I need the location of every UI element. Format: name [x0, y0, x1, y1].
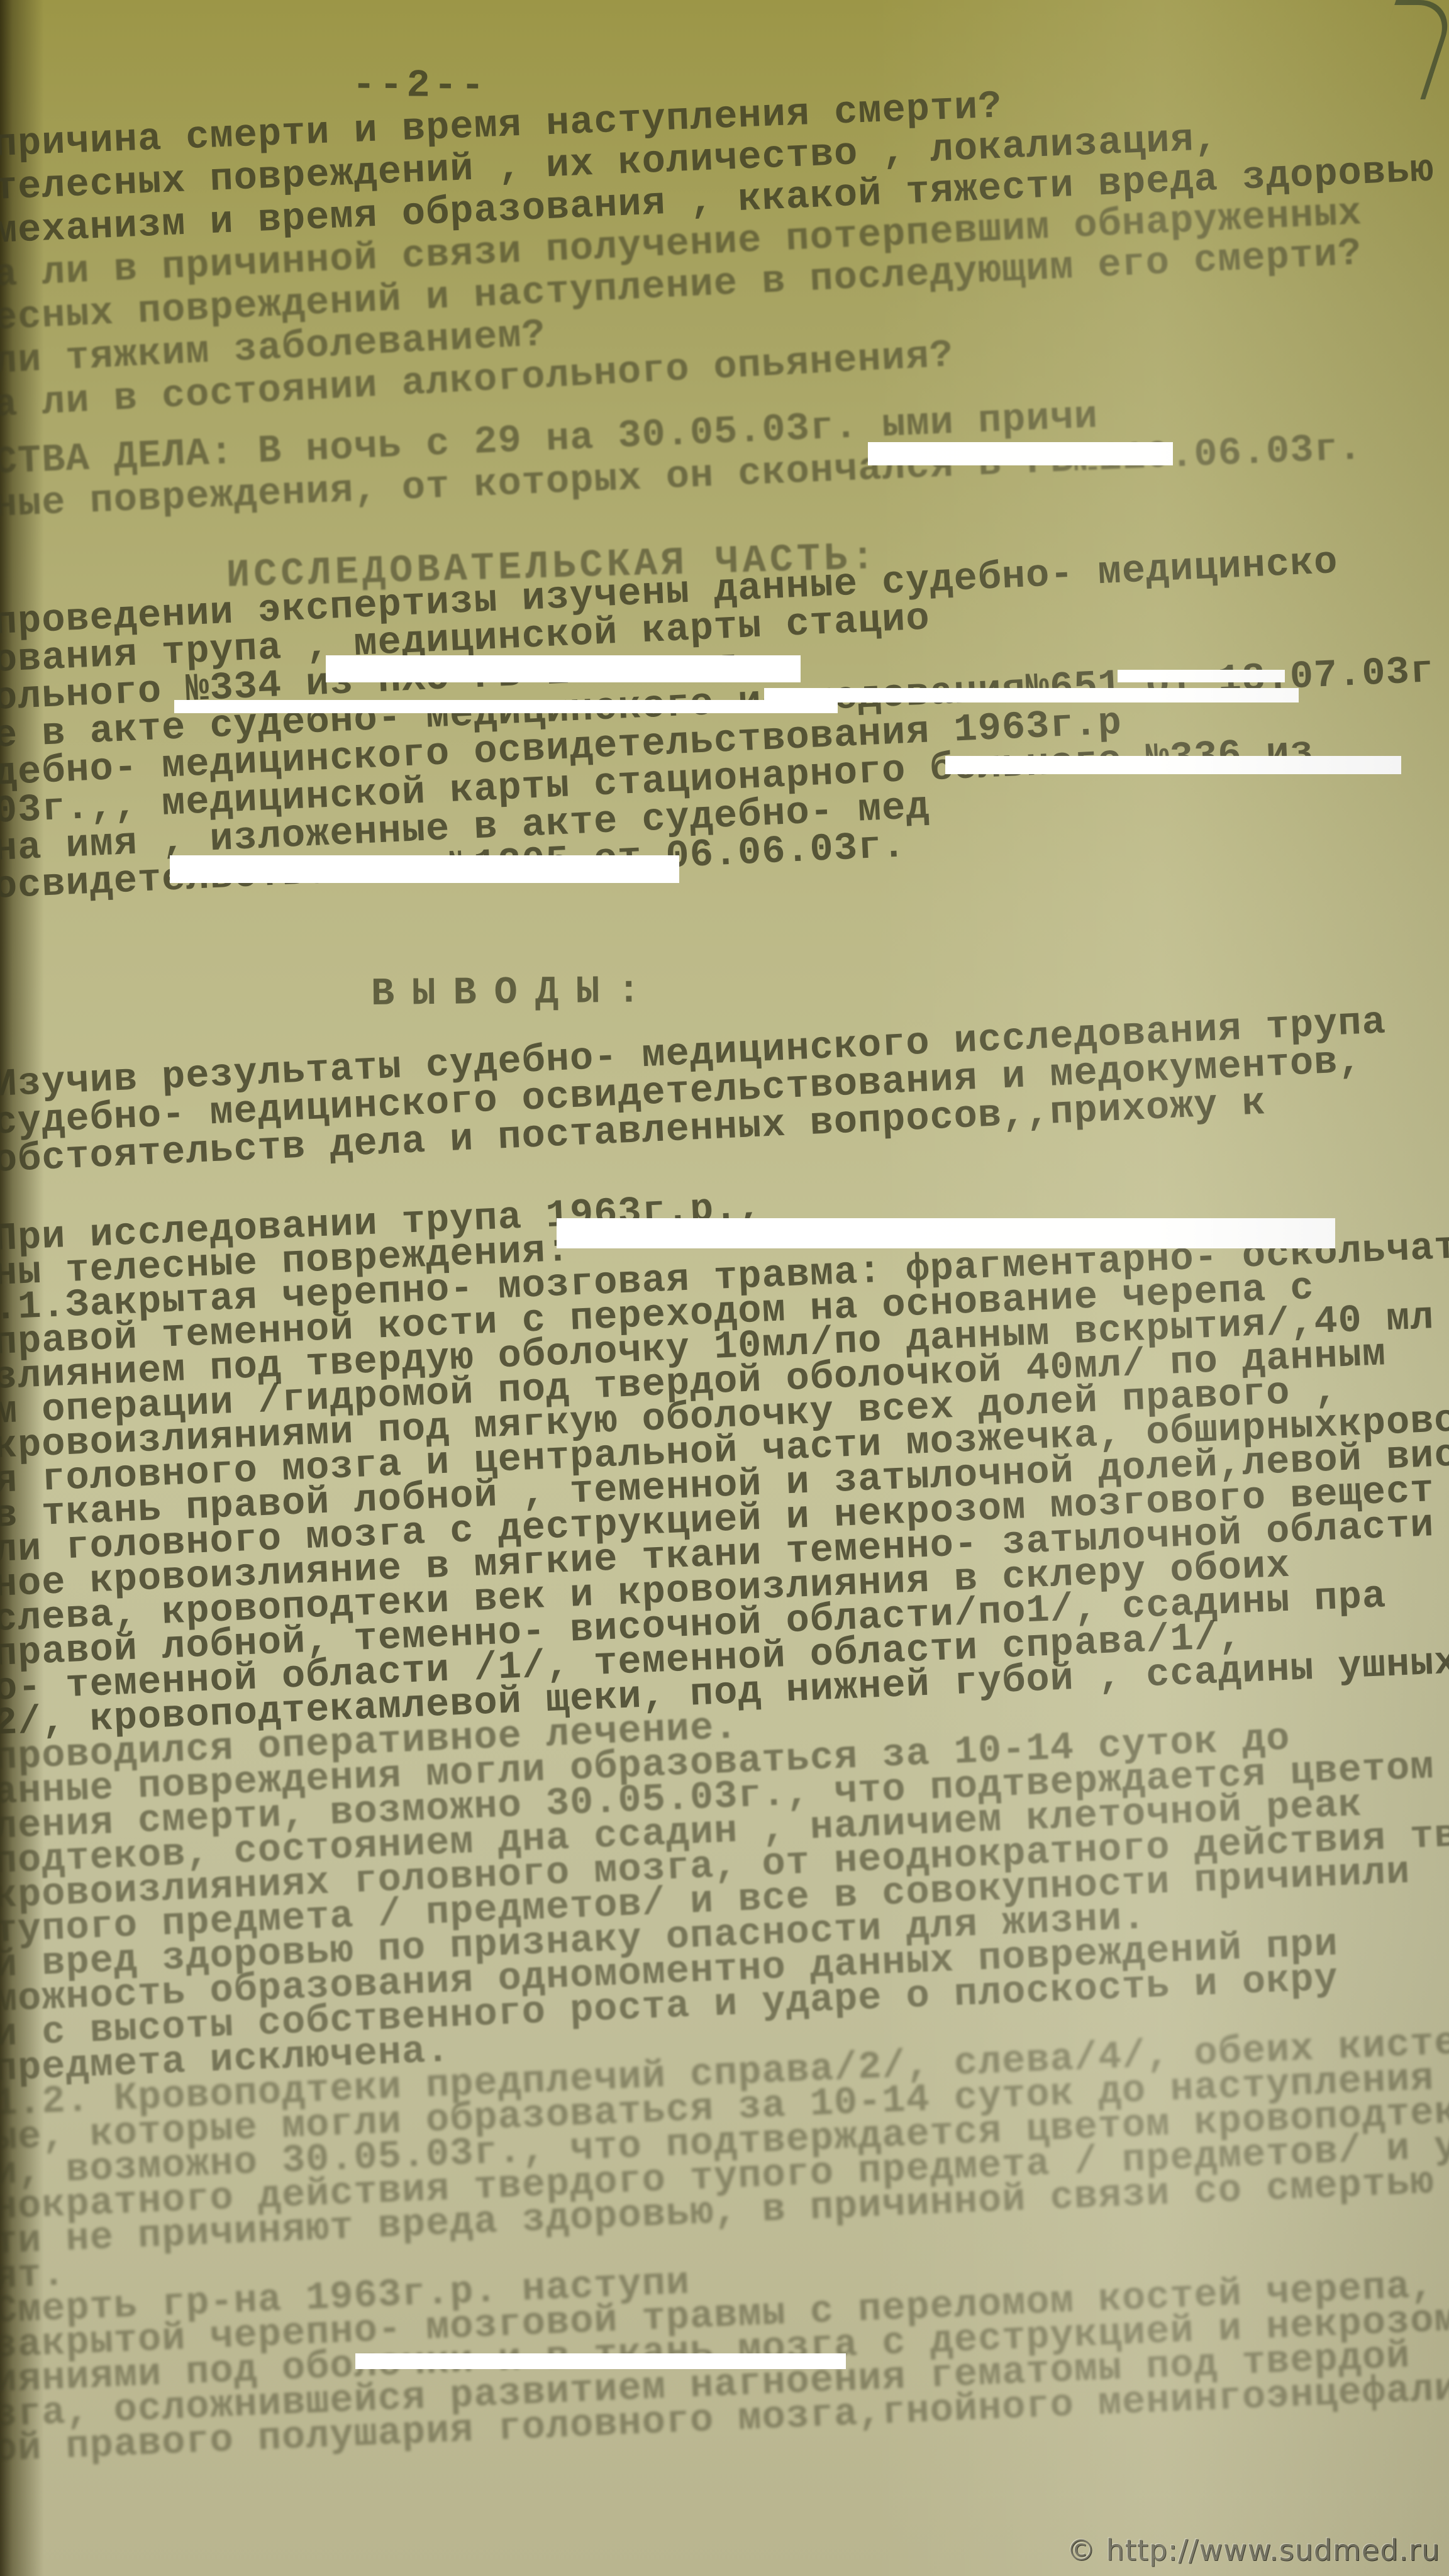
- redaction-bar: [326, 655, 801, 682]
- scanned-document-page: 7 --2-- причина смерти и время наступлен…: [0, 0, 1449, 2576]
- redaction-bar: [174, 700, 838, 713]
- redaction-bar: [355, 2353, 846, 2369]
- redaction-bar: [1118, 670, 1285, 682]
- redaction-bar: [868, 442, 1173, 465]
- redaction-bar: [557, 1218, 1335, 1248]
- conclusions-heading: ВЫВОДЫ:: [371, 969, 658, 1016]
- handwritten-page-number: [1363, 0, 1449, 99]
- redaction-bar: [945, 756, 1401, 774]
- watermark: © http://www.sudmed.ru: [1067, 2533, 1440, 2567]
- page-header-number: --2--: [352, 63, 488, 108]
- redaction-bar: [170, 855, 679, 883]
- redaction-bar: [764, 688, 1299, 702]
